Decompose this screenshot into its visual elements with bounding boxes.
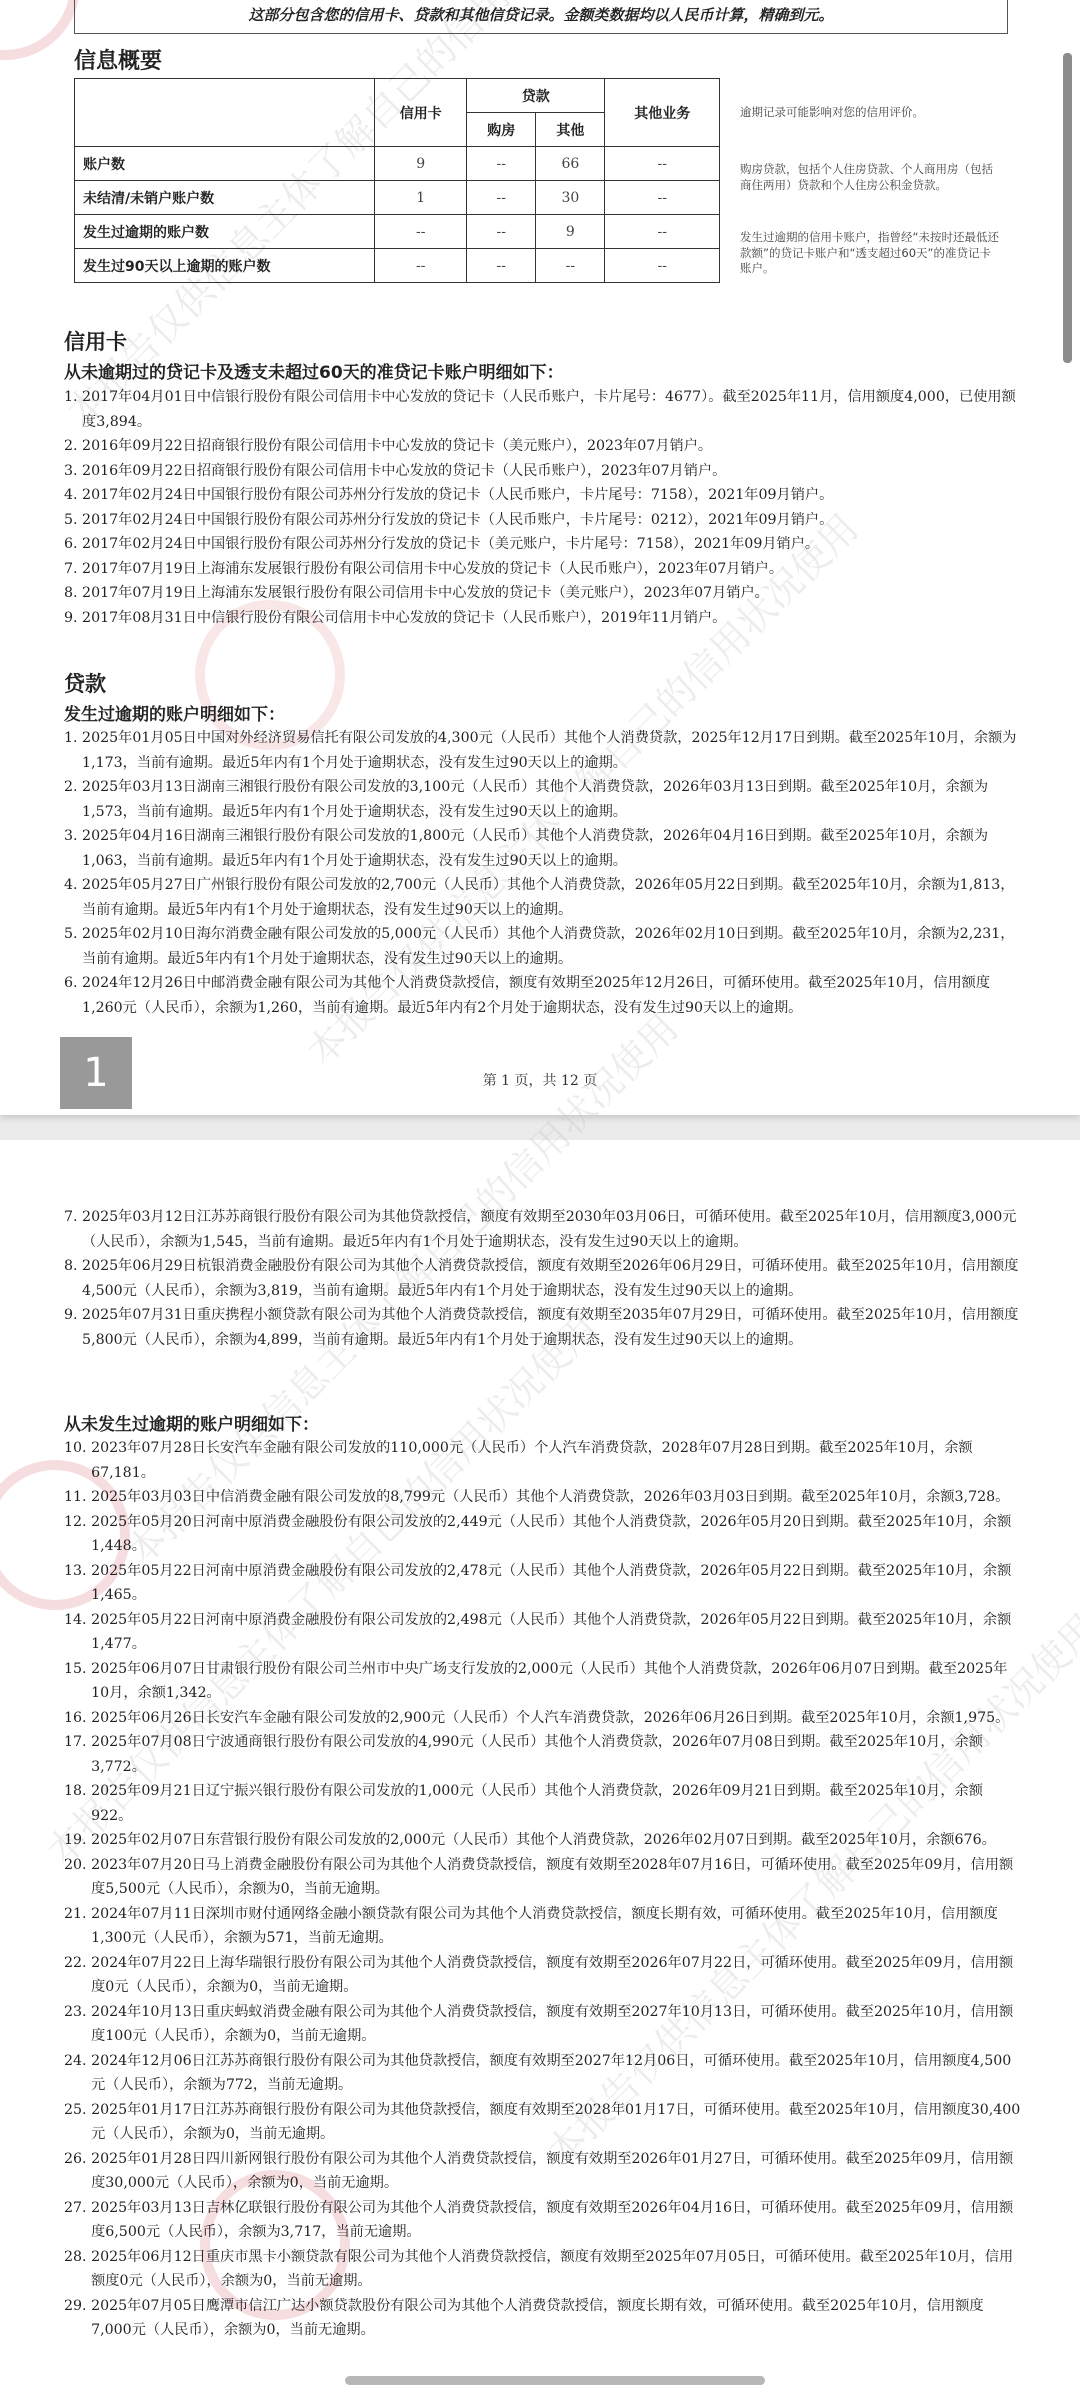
list-item: 4. 2017年02月24日中国银行股份有限公司苏州分行发放的贷记卡（人民币账户… [64,483,1024,508]
list-item: 9. 2025年07月31日重庆携程小额贷款有限公司为其他个人消费贷款授信，额度… [64,1303,1024,1352]
list-item: 1. 2025年01月05日中国对外经济贸易信托有限公司发放的4,300元（人民… [64,726,1024,775]
list-item: 9. 2017年08月31日中信银行股份有限公司信用卡中心发放的贷记卡（人民币账… [64,606,1024,631]
cell: -- [467,181,536,215]
list-item: 17. 2025年07月08日宁波通商银行股份有限公司发放的4,990元（人民币… [64,1730,1024,1779]
page-footer: 第 1 页，共 12 页 [0,1070,1080,1090]
list-item: 20. 2023年07月20日马上消费金融股份有限公司为其他个人消费贷款授信，额… [64,1853,1024,1902]
summary-table: 信用卡 贷款 其他业务 购房 其他 账户数 9 -- 66 -- 未结清/未销户… [74,78,720,283]
list-item: 2. 2025年03月13日湖南三湘银行股份有限公司发放的3,100元（人民币）… [64,775,1024,824]
list-item: 25. 2025年01月17日江苏苏商银行股份有限公司为其他贷款授信，额度有效期… [64,2098,1024,2147]
list-item: 5. 2025年02月10日海尔消费金融有限公司发放的5,000元（人民币）其他… [64,922,1024,971]
never-overdue-loan-list: 10. 2023年07月28日长安汽车金融有限公司发放的110,000元（人民币… [64,1436,1024,2343]
list-item: 21. 2024年07月11日深圳市财付通网络金融小额贷款有限公司为其他个人消费… [64,1902,1024,1951]
report-page-2: 本报告仅供信息主体了解自己的信用状况使用 本报告仅供信息主体了解自己的信用状况使… [0,1140,1080,2400]
seal-watermark [0,0,80,60]
cell: -- [375,249,467,283]
overdue-loan-list-continued: 7. 2025年03月12日江苏苏商银行股份有限公司为其他贷款授信，额度有效期至… [64,1205,1024,1352]
cell: -- [536,249,605,283]
list-item: 14. 2025年05月22日河南中原消费金融股份有限公司发放的2,498元（人… [64,1608,1024,1657]
corner-cell [75,79,375,147]
cell: -- [467,215,536,249]
cell: -- [605,215,720,249]
list-item: 6. 2017年02月24日中国银行股份有限公司苏州分行发放的贷记卡（美元账户，… [64,532,1024,557]
overdue-loan-list: 1. 2025年01月05日中国对外经济贸易信托有限公司发放的4,300元（人民… [64,726,1024,1020]
list-item: 23. 2024年10月13日重庆蚂蚁消费金融有限公司为其他个人消费贷款授信，额… [64,2000,1024,2049]
list-item: 29. 2025年07月05日鹰潭市信江广达小额贷款股份有限公司为其他个人消费贷… [64,2294,1024,2343]
list-item: 15. 2025年06月07日甘肃银行股份有限公司兰州市中央广场支行发放的2,0… [64,1657,1024,1706]
cell: -- [467,249,536,283]
subtitle-credit-card: 从未逾期过的贷记卡及透支未超过60天的准贷记卡账户明细如下： [64,358,564,383]
section-title-credit-card: 信用卡 [64,326,127,356]
note-overdue-card: 发生过逾期的信用卡账户，指曾经“未按时还最低还款额”的贷记卡账户和“透支超过60… [740,230,1000,277]
list-item: 10. 2023年07月28日长安汽车金融有限公司发放的110,000元（人民币… [64,1436,1024,1485]
header-other-business: 其他业务 [605,79,720,147]
horizontal-scrollbar[interactable] [345,2376,765,2385]
summary-row: 发生过90天以上逾期的账户数 -- -- -- -- [75,249,720,283]
list-item: 18. 2025年09月21日辽宁振兴银行股份有限公司发放的1,000元（人民币… [64,1779,1024,1828]
list-item: 1. 2017年04月01日中信银行股份有限公司信用卡中心发放的贷记卡（人民币账… [64,385,1024,434]
note-overdue-impact: 逾期记录可能影响对您的信用评价。 [740,105,1000,121]
cell: -- [605,181,720,215]
list-item: 16. 2025年06月26日长安汽车金融有限公司发放的2,900元（人民币）个… [64,1706,1024,1731]
list-item: 11. 2025年03月03日中信消费金融有限公司发放的8,799元（人民币）其… [64,1485,1024,1510]
cell: 30 [536,181,605,215]
summary-row: 未结清/未销户账户数 1 -- 30 -- [75,181,720,215]
note-housing-loan: 购房贷款，包括个人住房贷款、个人商用房（包括商住两用）贷款和个人住房公积金贷款。 [740,162,1000,193]
list-item: 7. 2025年03月12日江苏苏商银行股份有限公司为其他贷款授信，额度有效期至… [64,1205,1024,1254]
list-item: 12. 2025年05月20日河南中原消费金融股份有限公司发放的2,449元（人… [64,1510,1024,1559]
cell: -- [605,249,720,283]
row-label: 发生过90天以上逾期的账户数 [75,249,375,283]
row-label: 账户数 [75,147,375,181]
list-item: 24. 2024年12月06日江苏苏商银行股份有限公司为其他贷款授信，额度有效期… [64,2049,1024,2098]
cell: -- [605,147,720,181]
intro-text: 这部分包含您的信用卡、贷款和其他信贷记录。金额类数据均以人民币计算，精确到元。 [248,4,833,25]
header-loan: 贷款 [467,79,605,113]
summary-row: 发生过逾期的账户数 -- -- 9 -- [75,215,720,249]
list-item: 19. 2025年02月07日东营银行股份有限公司发放的2,000元（人民币）其… [64,1828,1024,1853]
list-item: 4. 2025年05月27日广州银行股份有限公司发放的2,700元（人民币）其他… [64,873,1024,922]
list-item: 6. 2024年12月26日中邮消费金融有限公司为其他个人消费贷款授信，额度有效… [64,971,1024,1020]
vertical-scrollbar[interactable] [1063,53,1072,363]
list-item: 5. 2017年02月24日中国银行股份有限公司苏州分行发放的贷记卡（人民币账户… [64,508,1024,533]
list-item: 8. 2025年06月29日杭银消费金融股份有限公司为其他个人消费贷款授信，额度… [64,1254,1024,1303]
credit-card-list: 1. 2017年04月01日中信银行股份有限公司信用卡中心发放的贷记卡（人民币账… [64,385,1024,630]
list-item: 28. 2025年06月12日重庆市黑卡小额贷款有限公司为其他个人消费贷款授信，… [64,2245,1024,2294]
cell: -- [375,215,467,249]
list-item: 7. 2017年07月19日上海浦东发展银行股份有限公司信用卡中心发放的贷记卡（… [64,557,1024,582]
list-item: 22. 2024年07月22日上海华瑞银行股份有限公司为其他个人消费贷款授信，额… [64,1951,1024,2000]
list-item: 2. 2016年09月22日招商银行股份有限公司信用卡中心发放的贷记卡（美元账户… [64,434,1024,459]
subtitle-overdue-loans: 发生过逾期的账户明细如下： [64,700,285,725]
row-label: 未结清/未销户账户数 [75,181,375,215]
header-loan-other: 其他 [536,113,605,147]
cell: 9 [375,147,467,181]
summary-row: 账户数 9 -- 66 -- [75,147,720,181]
cell: 9 [536,215,605,249]
report-page-1: 本报告仅供信息主体了解自己的信用状况使用 本报告仅供信息主体了解自己的信用状况使… [0,0,1080,1115]
section-title-loan: 贷款 [64,668,106,698]
list-item: 8. 2017年07月19日上海浦东发展银行股份有限公司信用卡中心发放的贷记卡（… [64,581,1024,606]
summary-title: 信息概要 [74,44,162,75]
list-item: 27. 2025年03月13日吉林亿联银行股份有限公司为其他个人消费贷款授信，额… [64,2196,1024,2245]
cell: 1 [375,181,467,215]
cell: -- [467,147,536,181]
header-credit-card: 信用卡 [375,79,467,147]
header-loan-housing: 购房 [467,113,536,147]
list-item: 26. 2025年01月28日四川新网银行股份有限公司为其他个人消费贷款授信，额… [64,2147,1024,2196]
list-item: 13. 2025年05月22日河南中原消费金融股份有限公司发放的2,478元（人… [64,1559,1024,1608]
cell: 66 [536,147,605,181]
subtitle-never-overdue: 从未发生过逾期的账户明细如下： [64,1410,319,1435]
list-item: 3. 2025年04月16日湖南三湘银行股份有限公司发放的1,800元（人民币）… [64,824,1024,873]
row-label: 发生过逾期的账户数 [75,215,375,249]
intro-box: 这部分包含您的信用卡、贷款和其他信贷记录。金额类数据均以人民币计算，精确到元。 [74,0,1008,34]
list-item: 3. 2016年09月22日招商银行股份有限公司信用卡中心发放的贷记卡（人民币账… [64,459,1024,484]
